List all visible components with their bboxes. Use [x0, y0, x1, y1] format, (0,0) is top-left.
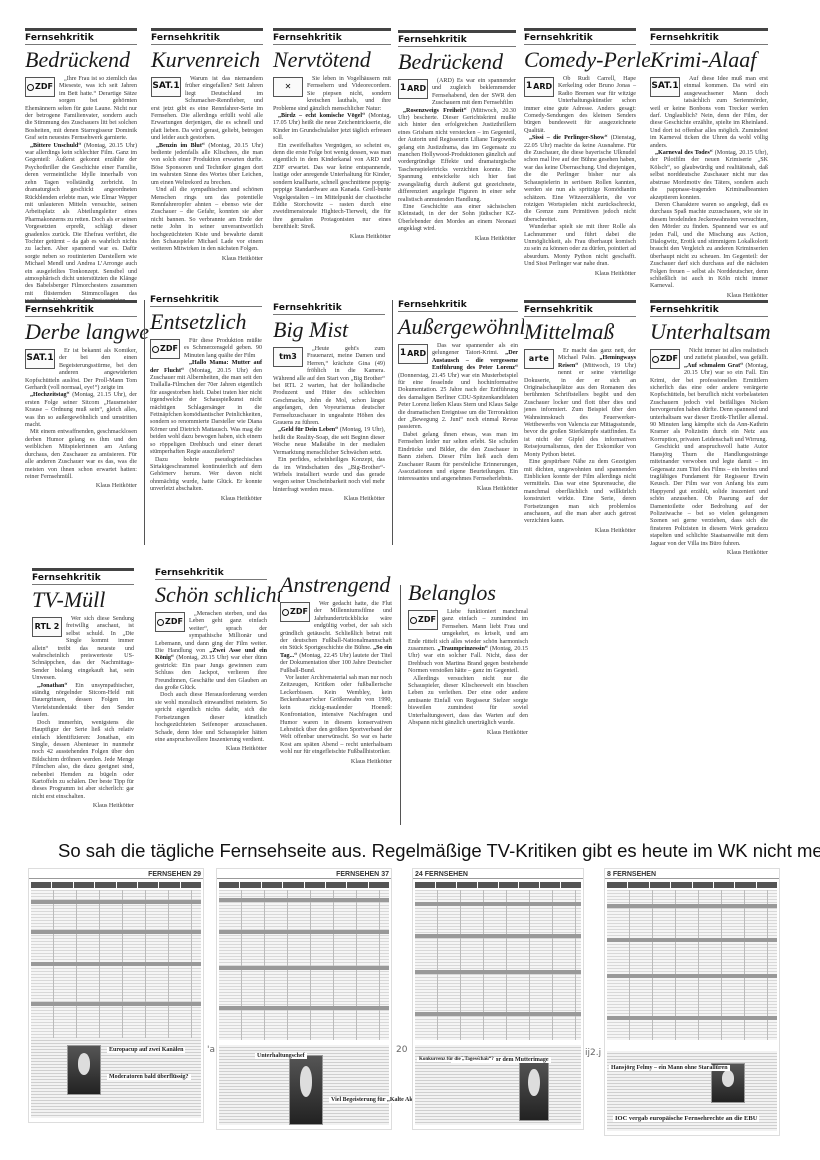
story-title: IOC vergab europäische Fernsehrechte an …: [613, 1115, 759, 1122]
kicker: Fernsehkritik: [151, 33, 263, 45]
review-krimi-alaaf: Fernsehkritik Krimi-Alaaf SAT.1 Auf dies…: [650, 28, 768, 299]
kicker: Fernsehkritik: [650, 305, 768, 317]
article-body: ZDF Liebe funktioniert manchmal ganz ein…: [408, 609, 528, 728]
zdf-logo-icon: ZDF: [155, 612, 185, 632]
headline: Kurvenreich: [151, 47, 263, 72]
kicker: Fernsehkritik: [398, 300, 518, 312]
divider: [398, 30, 516, 33]
headline: Schön schlicht: [155, 582, 267, 607]
divider: [25, 28, 137, 31]
headline: Derbe langweilig: [25, 319, 137, 344]
story-title: Unterhaltungschef: [255, 1053, 307, 1059]
byline: Klaus Heitkötter: [273, 495, 385, 502]
paragraph: „Geld für Dein Leben“ (Montag, 19 Uhr), …: [273, 427, 385, 457]
channel-header-row: [29, 882, 203, 888]
tv-listings-grid: [607, 890, 777, 1040]
kicker: Fernsehkritik: [25, 33, 137, 45]
review-aussergewoehnlich: Fernsehkritik Außergewöhnlich ARD Das wa…: [398, 300, 518, 492]
review-schoen-schlicht: Fernsehkritik Schön schlicht ZDF „Mensch…: [155, 568, 267, 752]
article-body: ZDF „Menschen sterben, und das Leben geh…: [155, 611, 267, 744]
paragraph: Und all die sympathischen und schönen Me…: [151, 187, 263, 254]
story-title: Konkurrenz für die „Tagesschau“?: [417, 1057, 496, 1062]
byline: Klaus Heitkötter: [650, 292, 768, 299]
story-title: Moderatoren bald überflüssig?: [107, 1074, 191, 1080]
ard-logo-icon: ARD: [398, 344, 428, 364]
ard-logo-icon: ARD: [398, 79, 428, 99]
paragraph: „Karneval des Todes“ (Montag, 20.15 Uhr)…: [650, 150, 768, 202]
column-rule: [400, 585, 401, 825]
paragraph: Dazu bohrte pseudogriechisches Sirtakige…: [150, 457, 262, 494]
page-header: FERNSEHEN 37: [217, 869, 391, 879]
tv-listings-grid: [219, 890, 389, 1040]
article-body: ARD Das war spannender als ein gelungene…: [398, 343, 518, 484]
review-mittelmass: Fernsehkritik Mittelmaß arte Er macht da…: [524, 300, 636, 534]
page-number: 24 FERNSEHEN: [415, 871, 468, 878]
paragraph: Dabei gelang ihnen etwas, was man im Fer…: [398, 432, 518, 484]
paragraph: „Hallo Mama: Mutter auf der Flucht“ (Mon…: [150, 360, 262, 456]
review-big-mist: Fernsehkritik Big Mist tm3 „Heute geht's…: [273, 303, 385, 502]
paragraph: „Birdz – echt komische Vögel“ (Montag, 1…: [273, 113, 391, 143]
byline: Klaus Heitkötter: [280, 758, 392, 765]
kicker: Fernsehkritik: [524, 305, 636, 317]
newspaper-page-thumbnail: FERNSEHEN 37 Unterhaltungschef Viel Bege…: [216, 868, 392, 1130]
headline: Bedrückend: [25, 47, 137, 72]
headline: Krimi-Alaaf: [650, 47, 768, 72]
tv-listings-grid: [31, 890, 201, 1040]
column-rule: [392, 300, 393, 545]
article-body: ZDF Für diese Produktion müßte es Schmer…: [150, 338, 262, 494]
stray-mark: 20: [396, 1045, 407, 1055]
portrait-photo: [289, 1055, 323, 1125]
paragraph: Doch auch diese Herausforderung werden s…: [155, 692, 267, 744]
show-title: „Karneval des Todes“: [655, 150, 713, 156]
article-body: SAT.1 Er ist bekannt als Komiker, der be…: [25, 348, 137, 481]
paragraph: „Benzin im Blut“ (Montag, 20.15 Uhr) bed…: [151, 143, 263, 187]
headline: Außergewöhnlich: [398, 314, 518, 339]
paragraph: Deren Charaktere waren so angelegt, daß …: [650, 202, 768, 291]
kicker: Fernsehkritik: [25, 305, 137, 317]
headline: Entsetzlich: [150, 309, 262, 334]
tv-listings-grid: [415, 890, 581, 1040]
divider: [25, 300, 137, 303]
article-body: tm3 „Heute geht's zum Frauenarzt, meine …: [273, 346, 385, 494]
paragraph: Mit einem entwaffnenden, geschmacklosen …: [25, 429, 137, 481]
stray-mark: 'a: [207, 1045, 215, 1055]
zdf-logo-icon: ZDF: [280, 602, 310, 622]
kicker: Fernsehkritik: [32, 573, 134, 585]
review-comedy-perle: Fernsehkritik Comedy-Perle ARD Ob Rudi C…: [524, 28, 636, 277]
article-body: RTL 2 Wer sich diese Sendung freiwillig …: [32, 616, 134, 801]
kicker: Fernsehkritik: [150, 295, 262, 307]
show-title: „Auf schmalem Grat“: [684, 363, 743, 369]
paragraph: „Rosenzweigs Freiheit“ (Mittwoch, 20.30 …: [398, 108, 516, 204]
kicker: Fernsehkritik: [524, 33, 636, 45]
page-number: FERNSEHEN 37: [336, 871, 389, 878]
caption: So sah die tägliche Fernsehseite aus. Re…: [58, 840, 820, 862]
article-body: SAT.1 Warum ist das niemandem früher ein…: [151, 76, 263, 254]
paragraph: Allerdings versuchten nicht nur die Scha…: [408, 676, 528, 728]
review-derbe-langweilig: Fernsehkritik Derbe langweilig SAT.1 Er …: [25, 300, 137, 489]
kicker: Fernsehkritik: [273, 33, 391, 45]
byline: Klaus Heitkötter: [155, 745, 267, 752]
byline: Klaus Heitkötter: [398, 485, 518, 492]
tm3-logo-icon: tm3: [273, 347, 303, 367]
page-number: FERNSEHEN 29: [148, 871, 201, 878]
show-title: „Birdz – echt komische Vögel“: [278, 113, 365, 119]
sat1-logo-icon: SAT.1: [650, 77, 680, 97]
channel-header-row: [217, 882, 391, 888]
show-title: „Sissi – die Perlinger-Show“: [529, 135, 608, 141]
headline: Unterhaltsam: [650, 319, 768, 344]
ard-logo-icon: ARD: [524, 77, 554, 97]
headline: Comedy-Perle: [524, 47, 636, 72]
newspaper-page-thumbnail: 24 FERNSEHEN Auf der Flucht vor dem Mutt…: [412, 868, 584, 1130]
article-body: ARD (ARD) Es war ein spannender und zugl…: [398, 78, 516, 234]
paragraph: Ein perfides, scheinheiliges Konzept, da…: [273, 457, 385, 494]
super-rtl-logo-icon: ✕: [273, 77, 303, 97]
headline: Anstrengend: [280, 572, 392, 597]
byline: Klaus Heitkötter: [650, 549, 768, 556]
divider: [32, 568, 134, 571]
byline: Klaus Heitkötter: [150, 495, 262, 502]
portrait-photo: [67, 1045, 101, 1095]
page-header: 24 FERNSEHEN: [413, 869, 583, 879]
article-body: SAT.1 Auf diese Idee muß man erst einmal…: [650, 76, 768, 291]
story-title: Viel Begeisterung für „Kalte Akte“: [329, 1097, 422, 1103]
paragraph: Eine Geschichte aus einer sächsischen Kl…: [398, 204, 516, 234]
zdf-logo-icon: ZDF: [150, 339, 180, 359]
show-title: „Traumprinzessin“: [438, 646, 488, 652]
zdf-logo-icon: ZDF: [408, 610, 438, 630]
byline: Klaus Heitkötter: [32, 802, 134, 809]
article-body: ZDF Wer gedacht hatte, die Flut der Mill…: [280, 601, 392, 757]
article-body: ARD Ob Rudi Carrell, Hape Kerkeling oder…: [524, 76, 636, 269]
byline: Klaus Heitkötter: [524, 527, 636, 534]
zdf-logo-icon: ZDF: [650, 349, 680, 369]
review-unterhaltsam: Fernsehkritik Unterhaltsam ZDF Nicht imm…: [650, 300, 768, 556]
channel-header-row: [605, 882, 779, 888]
paragraph: Ein zweifelhaftes Vergnügen, so scheint …: [273, 143, 391, 232]
newspaper-page-thumbnail: 8 FERNSEHEN Hansjörg Felmy – ein Mann oh…: [604, 868, 780, 1136]
kicker: Fernsehkritik: [650, 33, 768, 45]
review-belanglos: Belanglos ZDF Liebe funktioniert manchma…: [408, 580, 528, 736]
byline: Klaus Heitkötter: [398, 235, 516, 242]
review-tv-muell: Fernsehkritik TV-Müll RTL 2 Wer sich die…: [32, 568, 134, 809]
divider: [650, 28, 768, 31]
kicker: Fernsehkritik: [398, 35, 516, 47]
headline: Nervtötend: [273, 47, 391, 72]
divider: [151, 28, 263, 31]
article-body: arte Er macht das ganz nett, der Michael…: [524, 348, 636, 526]
article-body: ZDF Nicht immer ist alles realistisch un…: [650, 348, 768, 548]
stray-mark: ij2.j: [585, 1048, 601, 1058]
column-rule: [144, 300, 145, 545]
divider: [524, 300, 636, 303]
byline: Klaus Heitkötter: [524, 270, 636, 277]
headline: Bedrückend: [398, 49, 516, 74]
paragraph: Geschickt und anspruchsvoll hatte Autor …: [650, 444, 768, 548]
divider: [524, 28, 636, 31]
newspaper-page-thumbnail: FERNSEHEN 29 Europacup auf zwei Kanälen …: [28, 868, 204, 1123]
page-header: 8 FERNSEHEN: [605, 869, 779, 879]
sat1-logo-icon: SAT.1: [25, 349, 55, 369]
show-title: „Hochzeitstag“: [30, 392, 70, 398]
paragraph: „Jonathan“ Ein unsympathischer, ständig …: [32, 683, 134, 720]
rtl2-logo-icon: RTL 2: [32, 617, 62, 637]
divider: [273, 28, 391, 31]
byline: Klaus Heitkötter: [408, 729, 528, 736]
show-title: „Geld für Dein Leben“: [278, 427, 338, 433]
kicker: Fernsehkritik: [155, 568, 267, 580]
headline: TV-Müll: [32, 587, 134, 612]
show-title: „Rosenzweigs Freiheit“: [403, 108, 467, 114]
paragraph: Wunderbar spielt sie mit ihrer Rolle als…: [524, 224, 636, 268]
story-title: Europacup auf zwei Kanälen: [107, 1047, 185, 1053]
review-nervtoetend: Fernsehkritik Nervtötend ✕ Sie leben in …: [273, 28, 391, 240]
review-kurvenreich: Fernsehkritik Kurvenreich SAT.1 Warum is…: [151, 28, 263, 262]
sat1-logo-icon: SAT.1: [151, 77, 181, 97]
review-anstrengend: Anstrengend ZDF Wer gedacht hatte, die F…: [280, 572, 392, 765]
show-title: „Bittere Unschuld“: [30, 143, 81, 149]
portrait-photo: [519, 1059, 549, 1121]
headline: Mittelmaß: [524, 319, 636, 344]
paragraph: Vor lauter Archivmaterial sah man nur no…: [280, 675, 392, 756]
kicker: Fernsehkritik: [273, 303, 385, 315]
page-header: FERNSEHEN 29: [29, 869, 203, 879]
show-title: „Benzin im Blut“: [156, 143, 205, 149]
review-bedrueckend-ard: Fernsehkritik Bedrückend ARD (ARD) Es wa…: [398, 30, 516, 242]
zdf-logo-icon: ZDF: [25, 77, 55, 97]
arte-logo-icon: arte: [524, 349, 554, 369]
channel-header-row: [413, 882, 583, 888]
review-entsetzlich: Fernsehkritik Entsetzlich ZDF Für diese …: [150, 295, 262, 502]
story-title: Hansjörg Felmy – ein Mann ohne Starallür…: [609, 1065, 730, 1071]
paragraph: Eine gespürbare Nähe zu dem Gezeigten mi…: [524, 459, 636, 526]
paragraph: „Sissi – die Perlinger-Show“ (Dienstag, …: [524, 135, 636, 224]
paragraph: „Hochzeitstag“ (Montag, 21.15 Uhr), der …: [25, 392, 137, 429]
show-title: „Jonathan“: [37, 683, 67, 689]
headline: Belanglos: [408, 580, 528, 605]
divider: [650, 300, 768, 303]
byline: Klaus Heitkötter: [25, 482, 137, 489]
page-number: 8 FERNSEHEN: [607, 871, 656, 878]
article-body: ✕ Sie leben in Vogelhäusern mit Fernsehe…: [273, 76, 391, 232]
headline: Big Mist: [273, 317, 385, 342]
byline: Klaus Heitkötter: [273, 233, 391, 240]
byline: Klaus Heitkötter: [151, 255, 263, 262]
paragraph: „Bittere Unschuld“ (Montag, 20.15 Uhr) w…: [25, 143, 137, 306]
paragraph: Doch immerhin, wenigstens die Hauptfigur…: [32, 720, 134, 801]
